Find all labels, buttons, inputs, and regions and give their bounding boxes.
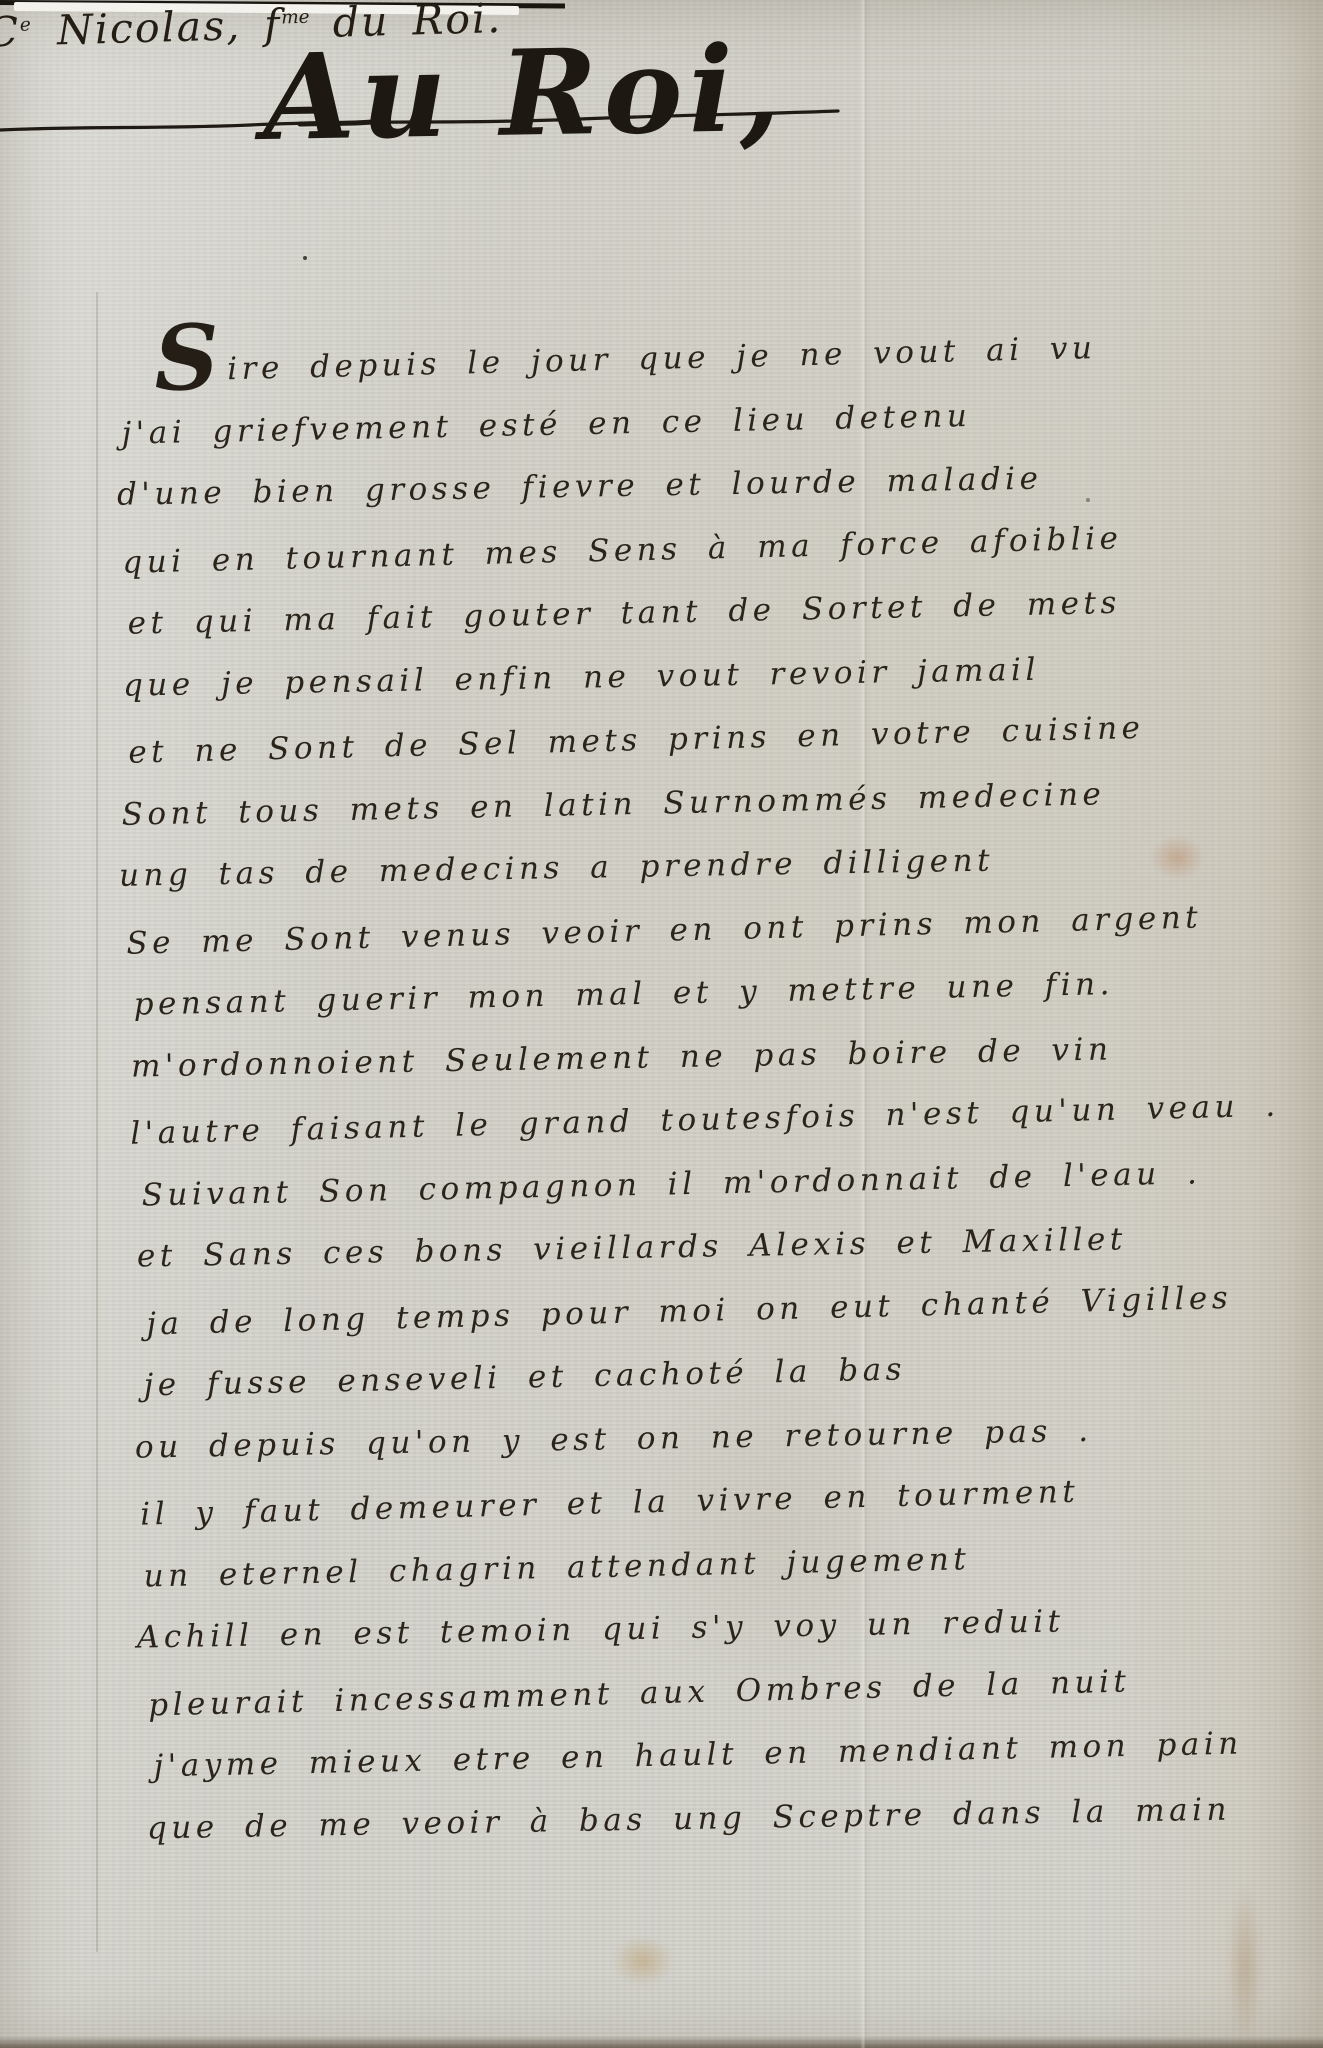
header-name: Nicolas, f bbox=[56, 0, 282, 54]
ink-speck bbox=[303, 256, 307, 260]
edge-stain bbox=[1228, 1886, 1262, 2048]
manuscript-body: Sire depuis le jour que je ne vout ai vu… bbox=[108, 327, 1320, 1875]
left-margin-crease bbox=[96, 292, 98, 1952]
paper-bottom-edge bbox=[0, 2036, 1323, 2048]
manuscript-page: CeNicolas, fme du Roi. Au Roi, Sire depu… bbox=[0, 0, 1323, 2048]
header-superscript: me bbox=[281, 7, 310, 29]
page-title: Au Roi, bbox=[262, 19, 787, 167]
paper-stain bbox=[612, 1936, 674, 1986]
large-initial-letter: S bbox=[153, 305, 220, 412]
header-edge-fragment: Ce bbox=[0, 7, 32, 56]
